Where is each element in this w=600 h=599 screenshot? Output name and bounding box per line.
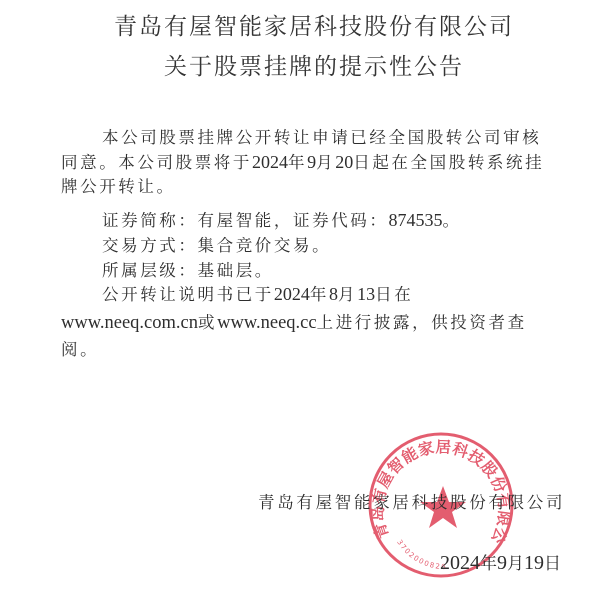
disclosure-line-3: 阅。: [61, 336, 99, 360]
listing-month: 9: [307, 152, 316, 172]
listing-year: 2024: [252, 152, 288, 172]
tier-line: 所属层级：基础层。: [102, 257, 274, 281]
security-code: 874535: [389, 210, 443, 230]
neeq-url-1[interactable]: www.neeq.com.cn: [61, 313, 198, 333]
listing-day: 20: [335, 152, 353, 172]
security-info-line: 证券简称：有屋智能，证券代码：874535。: [102, 207, 462, 231]
neeq-url-2[interactable]: www.neeq.cc: [217, 313, 316, 333]
paragraph-1-line-1: 本公司股票挂牌公开转让申请已经全国股转公司审核: [102, 124, 541, 148]
paragraph-1-line-3: 牌公开转让。: [61, 173, 176, 197]
disclosure-line-1: 公开转让说明书已于2024年8月13日在: [102, 281, 413, 305]
announcement-date: 2024年9月19日: [440, 549, 561, 575]
company-title: 青岛有屋智能家居科技股份有限公司: [14, 8, 600, 41]
signatory-company: 青岛有屋智能家居科技股份有限公司: [258, 489, 565, 513]
disclosure-line-2: www.neeq.com.cn或www.neeq.cc上进行披露，供投资者查: [61, 309, 527, 334]
trading-method-line: 交易方式：集合竞价交易。: [102, 232, 331, 256]
paragraph-1-line-2: 同意。本公司股票将于2024年9月20日起在全国股转系统挂: [61, 149, 544, 173]
announcement-title: 关于股票挂牌的提示性公告: [14, 48, 600, 81]
